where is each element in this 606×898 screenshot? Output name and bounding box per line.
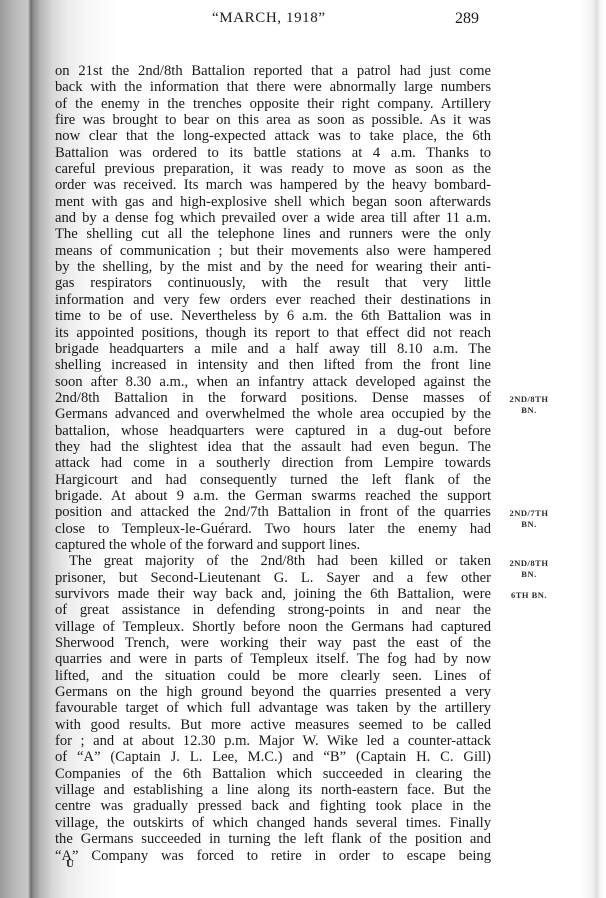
text-line: 2nd/8th Battalion in the forward positio… [55,390,491,406]
text-line: information and very few orders ever rea… [55,292,491,308]
margin-note-label: 2ND/7TH [501,508,557,519]
text-line: its appointed positions, though its repo… [55,325,491,341]
text-line: brigade headquarters a mile and a half a… [55,341,491,357]
text-line: of great assistance in defending strong-… [55,602,491,618]
margin-note-sub: BN. [501,519,557,530]
signature-mark: U [66,858,74,870]
text-line: brigade. At about 9 a.m. the German swar… [55,488,491,504]
text-line: and by a dense fog which prevailed over … [55,210,491,226]
margin-note-sub: BN. [501,569,557,580]
text-line: village and establishing a line along it… [55,782,491,798]
book-page: “MARCH, 1918” 289 on 21st the 2nd/8th Ba… [0,0,606,898]
text-line: back with the information that there wer… [55,79,491,95]
margin-note-sub: BN. [501,405,557,416]
margin-note: 2ND/8THBN. [501,394,557,416]
chapter-title: “MARCH, 1918” [212,10,326,27]
text-line: the Germans succeeded in turning the lef… [55,831,491,847]
text-line: Companies of the 6th Battalion which suc… [55,766,491,782]
text-line: soon after 8.30 a.m., when an infantry a… [55,374,491,390]
text-line: gas respirators continuously, with the r… [55,275,491,291]
text-line: attack had come in a southerly direction… [55,455,491,471]
text-line: of “A” (Captain J. L. Lee, M.C.) and “B”… [55,749,491,765]
text-line: prisoner, but Second-Lieutenant G. L. Sa… [55,570,491,586]
text-line: “A” Company was forced to retire in orde… [55,848,491,864]
margin-note-label: 2ND/8TH [501,394,557,405]
text-line: position and attacked the 2nd/7th Battal… [55,504,491,520]
text-line: The great majority of the 2nd/8th had be… [55,553,491,569]
text-line: quarries and were in parts of Templeux i… [55,651,491,667]
text-line: Germans on the high ground beyond the qu… [55,684,491,700]
margin-note-label: 6TH BN. [501,590,557,601]
text-line: with good results. But more active measu… [55,717,491,733]
text-line: close to Templeux-le-Guérard. Two hours … [55,521,491,537]
text-line: centre was gradually pressed back and fi… [55,798,491,814]
text-line: for ; and at about 12.30 p.m. Major W. W… [55,733,491,749]
text-line: Battalion was ordered to its battle stat… [55,145,491,161]
text-line: The shelling cut all the telephone lines… [55,226,491,242]
text-line: fire was brought to bear on this area as… [55,112,491,128]
running-head: “MARCH, 1918” 289 [0,10,606,34]
text-line: captured the whole of the forward and su… [55,537,491,553]
text-line: time to be of use. Nevertheless by 6 a.m… [55,308,491,324]
margin-note: 2ND/8THBN. [501,558,557,580]
text-line: means of communication ; but their movem… [55,243,491,259]
text-line: Sherwood Trench, were working their way … [55,635,491,651]
text-line: village, the outskirts of which changed … [55,815,491,831]
text-line: survivors made their way back and, joini… [55,586,491,602]
margin-note-label: 2ND/8TH [501,558,557,569]
text-line: careful previous preparation, it was rea… [55,161,491,177]
text-line: battalion, whose headquarters were captu… [55,423,491,439]
text-line: by the shelling, by the mist and by the … [55,259,491,275]
text-line: on 21st the 2nd/8th Battalion reported t… [55,63,491,79]
text-line: of the enemy in the trenches opposite th… [55,96,491,112]
text-line: now clear that the long-expected attack … [55,128,491,144]
text-line: village of Templeux. Shortly before noon… [55,619,491,635]
margin-note: 6TH BN. [501,590,557,601]
text-line: ment with gas and high-explosive shell w… [55,194,491,210]
margin-note: 2ND/7THBN. [501,508,557,530]
text-line: Hargicourt and had consequently turned t… [55,472,491,488]
body-text: on 21st the 2nd/8th Battalion reported t… [55,63,491,864]
text-line: favourable target of which full advantag… [55,700,491,716]
text-line: they had the slightest idea that the ass… [55,439,491,455]
text-line: shelling increased in intensity and then… [55,357,491,373]
text-line: lifted, and the situation could be more … [55,668,491,684]
page-number: 289 [455,10,479,28]
text-line: order was received. Its march was hamper… [55,177,491,193]
text-line: Germans advanced and overwhelmed the who… [55,406,491,422]
